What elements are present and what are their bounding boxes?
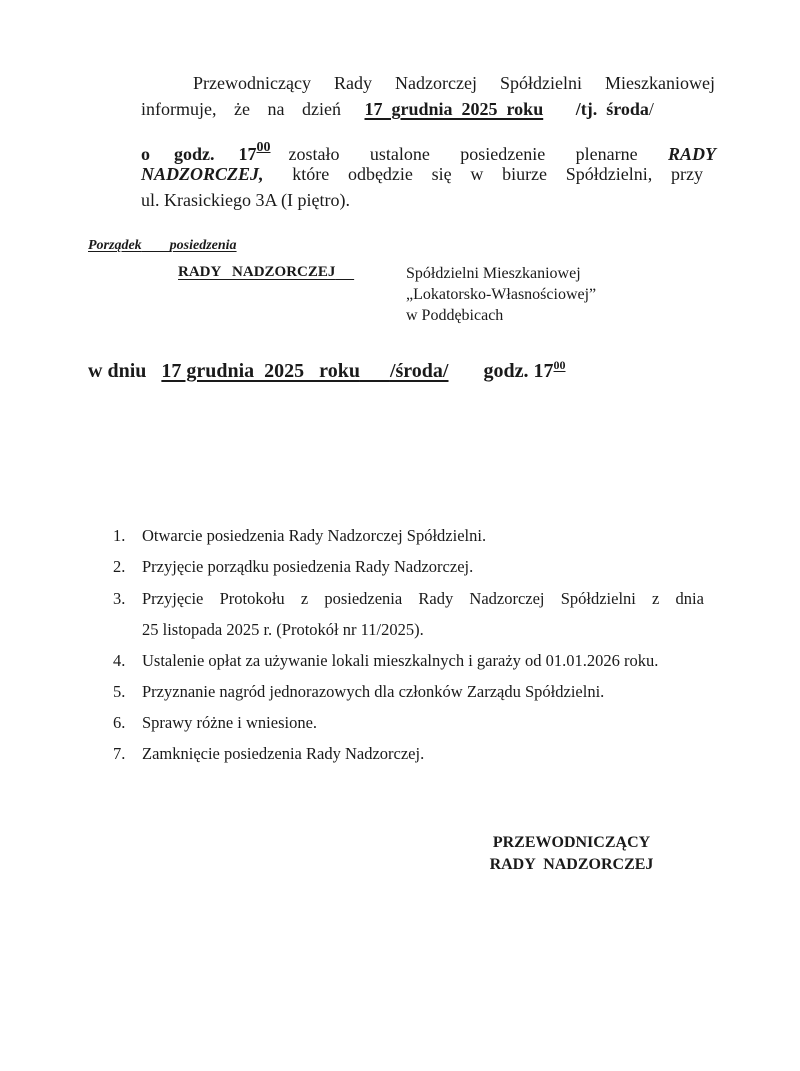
date-text: 17 grudnia 2025 roku <box>161 360 360 382</box>
org-line: w Poddębicach <box>406 305 596 326</box>
item-text: Przyjęcie porządku posiedzenia Rady Nadz… <box>142 557 473 576</box>
word: które <box>292 164 329 185</box>
intro-line-2-prefix: informuje, że na dzień <box>141 99 341 120</box>
word: ustalone <box>370 144 430 165</box>
word: Porządek <box>88 238 142 253</box>
item-number: 4. <box>113 651 142 671</box>
word: dzień <box>302 99 341 120</box>
signature-title: PRZEWODNICZĄCY <box>478 832 665 854</box>
word: odbędzie <box>348 164 413 185</box>
date-value: 17 grudnia 2025 roku /środa/ <box>161 360 448 382</box>
intro-line-4: NADZORCZEJ, które odbędzie się w biurze … <box>141 164 703 185</box>
item-text: Otwarcie posiedzenia Rady Nadzorczej Spó… <box>142 526 486 545</box>
word: posiedzenie <box>460 144 545 165</box>
item-number: 7. <box>113 744 142 764</box>
word: posiedzenia <box>170 238 237 253</box>
item-number: 1. <box>113 526 142 546</box>
item-text: Przyjęcie Protokołu z posiedzenia Rady N… <box>142 589 704 609</box>
agenda-item: 7.Zamknięcie posiedzenia Rady Nadzorczej… <box>113 744 424 764</box>
agenda-item: 5.Przyznanie nagród jednorazowych dla cz… <box>113 682 604 702</box>
word: RADY NADZORCZEJ <box>178 264 335 280</box>
agenda-item: 3. Przyjęcie Protokołu z posiedzenia Rad… <box>113 589 704 609</box>
item-text: Zamknięcie posiedzenia Rady Nadzorczej. <box>142 744 424 763</box>
item-number: 2. <box>113 557 142 577</box>
word: że <box>234 99 250 120</box>
date-line: w dniu 17 grudnia 2025 roku /środa/ godz… <box>88 358 566 383</box>
hour: 17 <box>239 144 257 164</box>
word: Nadzorczej <box>469 589 544 609</box>
slash: / <box>649 99 654 119</box>
word: się <box>432 164 452 185</box>
word: RADY <box>668 144 716 165</box>
word: na <box>268 99 285 120</box>
word: plenarne <box>576 144 638 165</box>
intro-line-1: Przewodniczący Rady Nadzorczej Spółdziel… <box>193 73 715 94</box>
word: Mieszkaniowej <box>605 73 715 94</box>
word: NADZORCZEJ, <box>141 164 264 185</box>
agenda-item: 4.Ustalenie opłat za używanie lokali mie… <box>113 651 658 671</box>
intro-line-3: o godz. 1700 zostało ustalone posiedzeni… <box>141 140 716 165</box>
word: Rady <box>418 589 453 609</box>
word: Rady <box>334 73 372 94</box>
word: Przyjęcie <box>142 589 203 609</box>
word: w <box>470 164 483 185</box>
word: Nadzorczej <box>395 73 477 94</box>
agenda-item: 1.Otwarcie posiedzenia Rady Nadzorczej S… <box>113 526 486 546</box>
meeting-time: 1700 <box>239 140 271 165</box>
intro-line-2: informuje, że na dzień 17 grudnia 2025 r… <box>141 99 716 120</box>
word: o <box>141 144 150 165</box>
intro-line-3-rest: zostało ustalone posiedzenie plenarne RA… <box>289 144 717 165</box>
agenda-title-rady: RADY NADZORCZEJ <box>178 264 354 281</box>
word: Spółdzielni, <box>566 164 653 185</box>
time-label: godz. 17 <box>484 360 554 382</box>
word: z <box>301 589 308 609</box>
signature-block: PRZEWODNICZĄCY RADY NADZORCZEJ <box>478 832 665 876</box>
org-line: „Lokatorsko-Własnościowej” <box>406 284 596 305</box>
word: Spółdzielni <box>561 589 636 609</box>
minutes: 00 <box>257 140 271 155</box>
time-minutes: 00 <box>554 358 566 372</box>
word: informuje, <box>141 99 216 120</box>
day-text: /środa/ <box>390 360 449 382</box>
spacer <box>142 238 170 253</box>
word: biurze <box>502 164 547 185</box>
agenda-item: 2.Przyjęcie porządku posiedzenia Rady Na… <box>113 557 473 577</box>
item-text: Przyznanie nagród jednorazowych dla czło… <box>142 682 604 701</box>
word: posiedzenia <box>324 589 402 609</box>
meeting-day: /tj. środa <box>576 99 649 119</box>
intro-line-5: ul. Krasickiego 3A (I piętro). <box>141 190 350 211</box>
word: godz. <box>174 144 215 165</box>
word: zostało <box>289 144 340 165</box>
item-number: 6. <box>113 713 142 733</box>
item-number: 3. <box>113 589 142 609</box>
word: dnia <box>676 589 704 609</box>
meeting-date: 17 grudnia 2025 roku <box>365 99 544 119</box>
w-dniu-label: w dniu <box>88 360 146 382</box>
word: Protokołu <box>220 589 285 609</box>
item-number: 5. <box>113 682 142 702</box>
org-line: Spółdzielni Mieszkaniowej <box>406 263 596 284</box>
word: Spółdzielni <box>500 73 582 94</box>
item-text: Sprawy różne i wniesione. <box>142 713 317 732</box>
item-text: Ustalenie opłat za używanie lokali miesz… <box>142 651 658 670</box>
word: Przewodniczący <box>193 73 311 94</box>
signature-body: RADY NADZORCZEJ <box>478 854 665 876</box>
word: przy <box>671 164 703 185</box>
word: z <box>652 589 659 609</box>
agenda-item-continuation: 25 listopada 2025 r. (Protokół nr 11/202… <box>142 620 424 640</box>
organization-name: Spółdzielni Mieszkaniowej „Lokatorsko-Wł… <box>406 263 596 326</box>
agenda-title-porzadek: Porządek posiedzenia <box>88 238 237 254</box>
agenda-item: 6.Sprawy różne i wniesione. <box>113 713 317 733</box>
